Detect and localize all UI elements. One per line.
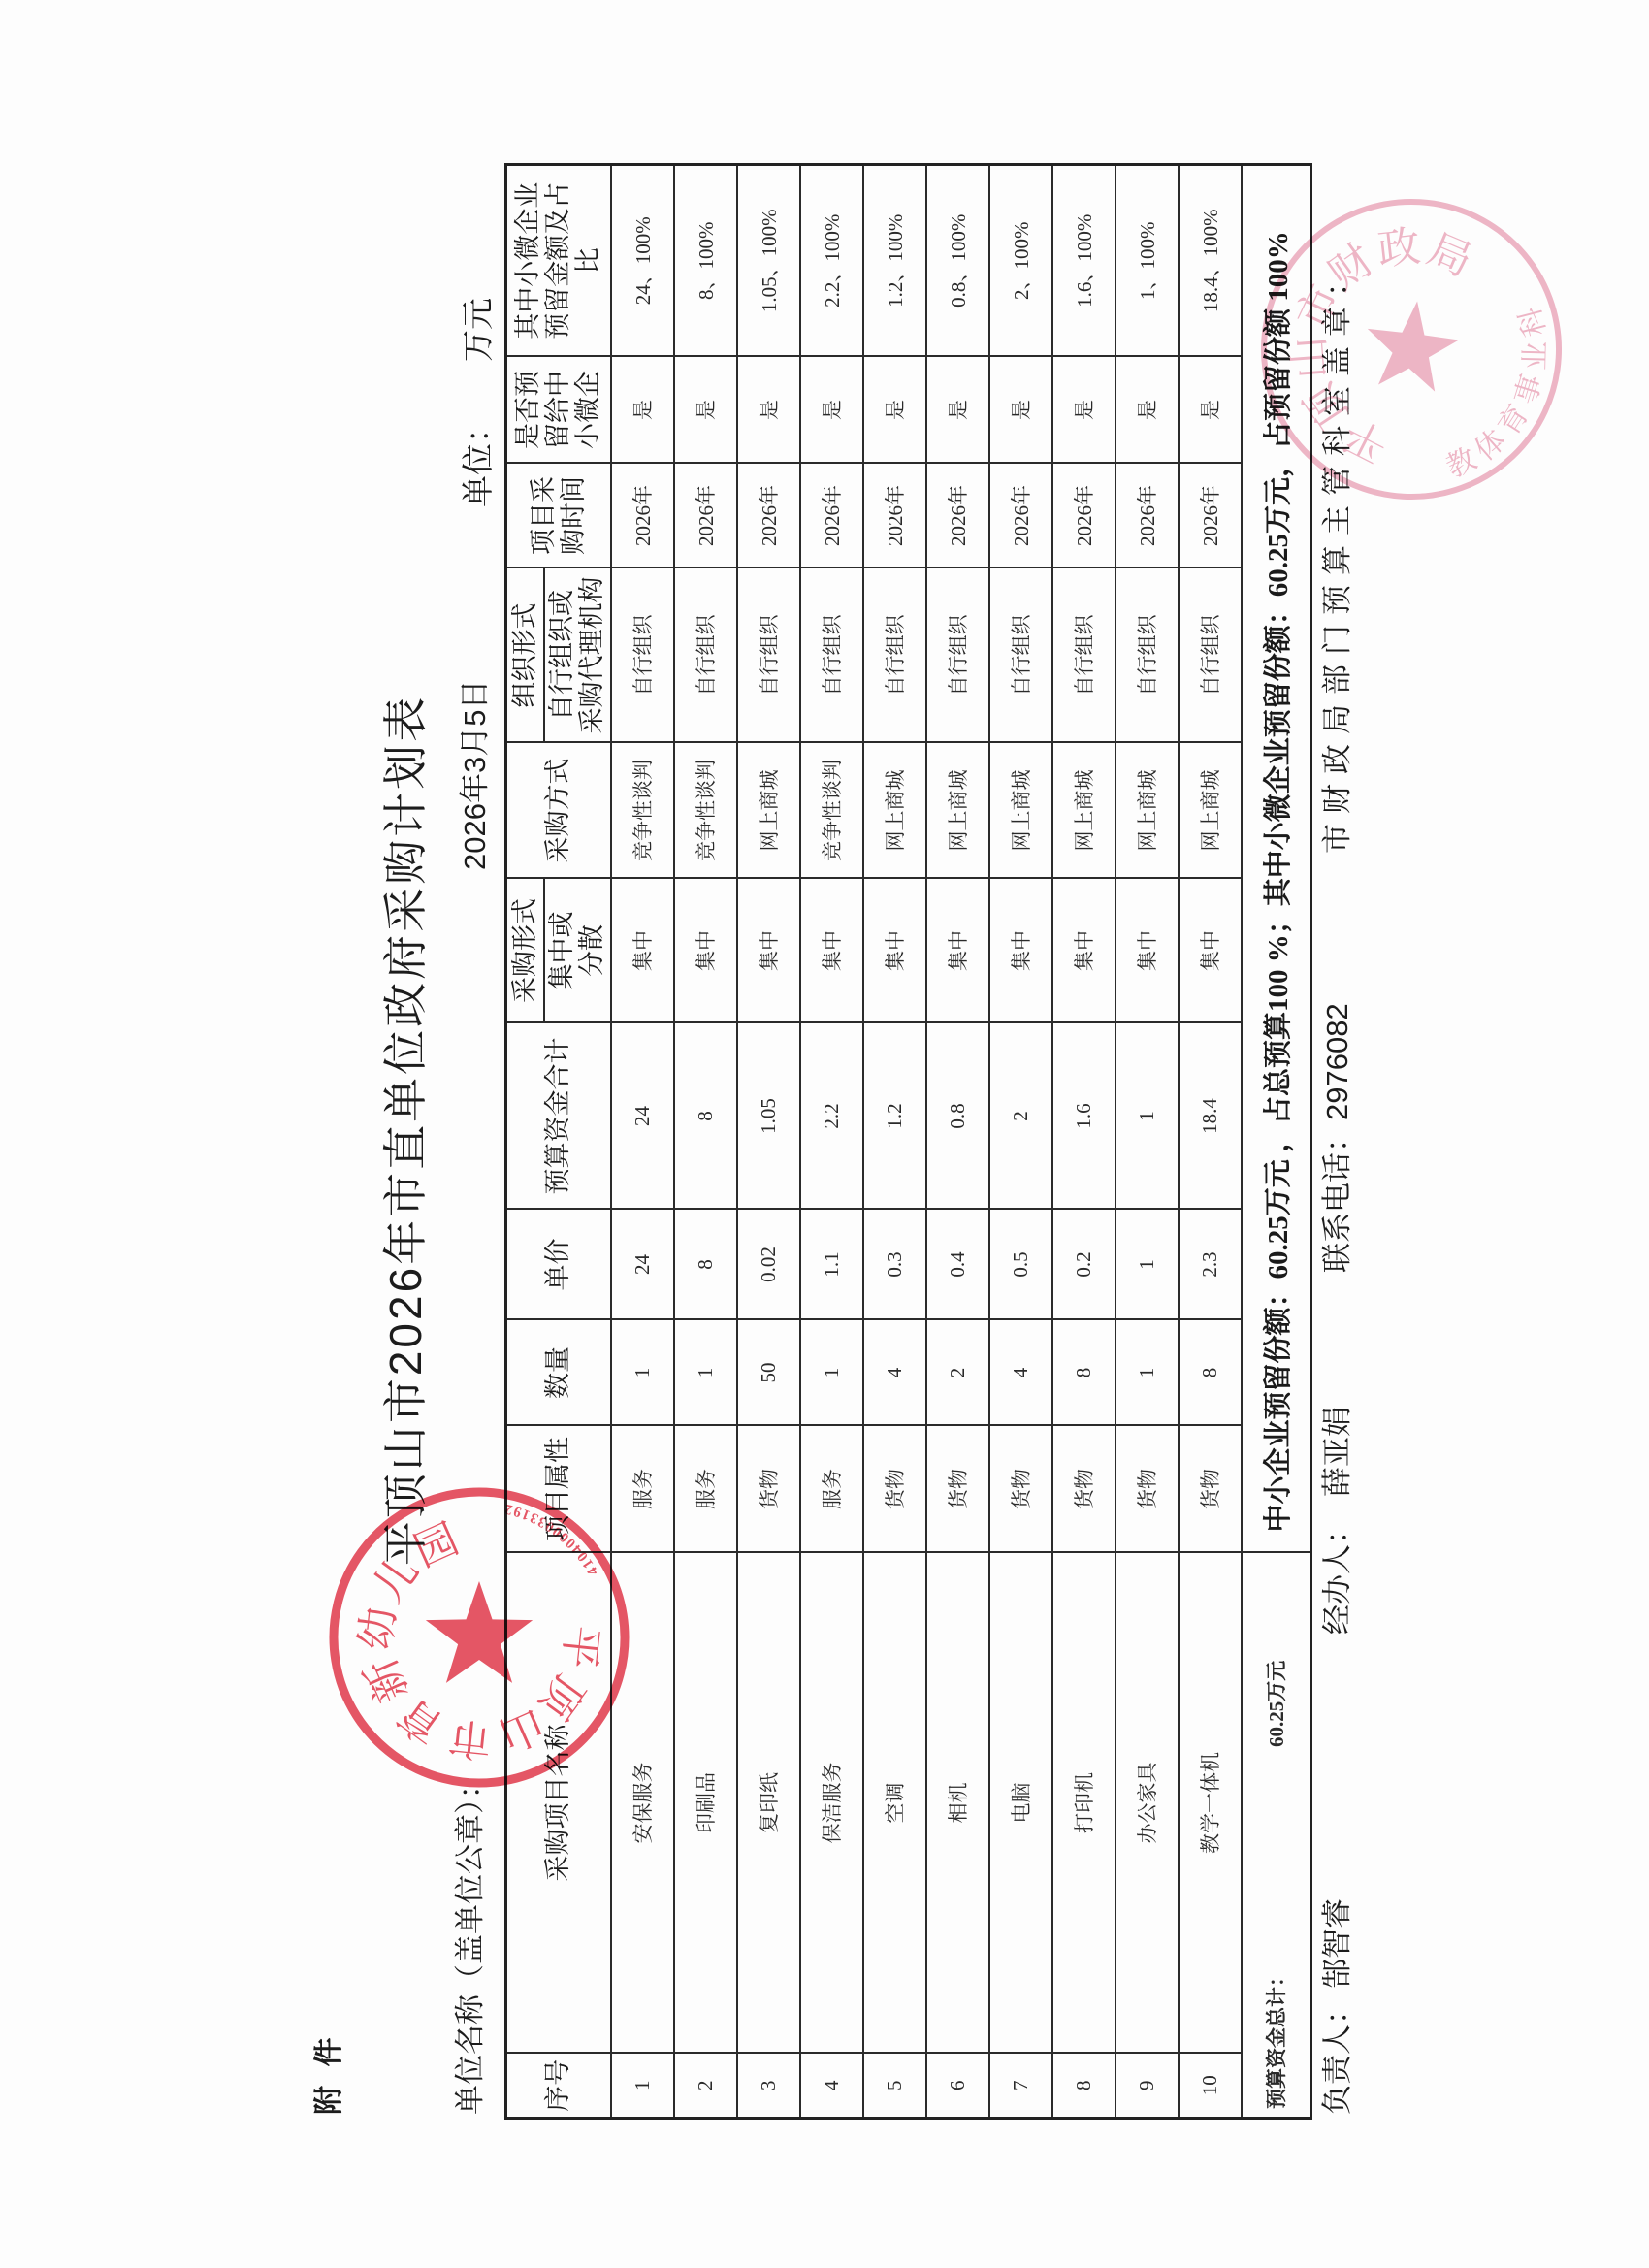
cell-price: 0.5 — [989, 1210, 1052, 1320]
cell-sme: 0.8、100% — [926, 165, 989, 357]
cell-seq: 3 — [737, 2054, 800, 2119]
contact-phone-value: 2976082 — [1322, 1003, 1352, 1120]
cell-attr: 货物 — [989, 1426, 1052, 1553]
cell-budget: 18.4 — [1179, 1023, 1242, 1210]
cell-attr: 货物 — [1115, 1426, 1179, 1553]
cell-name: 印刷品 — [674, 1553, 737, 2054]
cell-qty: 1 — [800, 1320, 863, 1426]
cell-reserve: 是 — [800, 357, 863, 464]
header-seq: 序号 — [506, 2054, 611, 2119]
finance-bureau-seal: 平顶山市财政局 教体育事业科 — [1246, 184, 1576, 514]
cell-time: 2026年 — [674, 464, 737, 568]
table-row: 2印刷品服务188集中竞争性谈判自行组织2026年是8、100% — [674, 165, 737, 2119]
cell-seq: 6 — [926, 2054, 989, 2119]
cell-form: 集中 — [1115, 879, 1179, 1023]
cell-qty: 1 — [611, 1320, 674, 1426]
cell-form: 集中 — [737, 879, 800, 1023]
cell-qty: 8 — [1179, 1320, 1242, 1426]
cell-reserve: 是 — [674, 357, 737, 464]
cell-qty: 4 — [989, 1320, 1052, 1426]
cell-org: 自行组织 — [800, 568, 863, 743]
budget-total-label: 预算资金总计： — [1261, 1966, 1290, 2109]
cell-budget: 1.6 — [1052, 1023, 1115, 1210]
table-row: 10教学一体机货物82.318.4集中网上商城自行组织2026年是18.4、10… — [1179, 165, 1242, 2119]
school-official-seal: 平顶山市育新幼儿园 4104000033192 — [314, 1473, 644, 1802]
cell-time: 2026年 — [737, 464, 800, 568]
handler-name: 薛亚娟 — [1322, 1407, 1352, 1497]
cell-attr: 货物 — [737, 1426, 800, 1553]
cell-name: 打印机 — [1052, 1553, 1115, 2054]
cell-qty: 50 — [737, 1320, 800, 1426]
responsible-person-label: 负责人： — [1322, 1994, 1352, 2115]
cell-reserve: 是 — [1115, 357, 1179, 464]
cell-budget: 0.8 — [926, 1023, 989, 1210]
table-row: 6相机货物20.40.8集中网上商城自行组织2026年是0.8、100% — [926, 165, 989, 2119]
table-row: 7电脑货物40.52集中网上商城自行组织2026年是2、100% — [989, 165, 1052, 2119]
cell-qty: 8 — [1052, 1320, 1115, 1426]
cell-form: 集中 — [800, 879, 863, 1023]
cell-sme: 2.2、100% — [800, 165, 863, 357]
cell-reserve: 是 — [737, 357, 800, 464]
cell-time: 2026年 — [611, 464, 674, 568]
cell-form: 集中 — [611, 879, 674, 1023]
budget-total-value: 60.25万元 — [1261, 1661, 1290, 1747]
cell-price: 0.4 — [926, 1210, 989, 1320]
cell-seq: 10 — [1179, 2054, 1242, 2119]
cell-budget: 1 — [1115, 1023, 1179, 1210]
cell-name: 相机 — [926, 1553, 989, 2054]
cell-org: 自行组织 — [1115, 568, 1179, 743]
cell-method: 网上商城 — [1179, 743, 1242, 879]
seal-code-text: 4104000033192 — [497, 1489, 609, 1581]
cell-form: 集中 — [674, 879, 737, 1023]
cell-sme: 24、100% — [611, 165, 674, 357]
header-centralized-or-dispersed: 集中或 分散 — [544, 879, 611, 1023]
cell-price: 1.1 — [800, 1210, 863, 1320]
table-body: 1安保服务服务12424集中竞争性谈判自行组织2026年是24、100%2印刷品… — [611, 165, 1242, 2119]
cell-method: 网上商城 — [863, 743, 926, 879]
cell-org: 自行组织 — [863, 568, 926, 743]
cell-attr: 货物 — [1179, 1426, 1242, 1553]
cell-seq: 2 — [674, 2054, 737, 2119]
star-icon — [1348, 287, 1467, 407]
cell-seq: 7 — [989, 2054, 1052, 2119]
cell-name: 电脑 — [989, 1553, 1052, 2054]
header-budget-total: 预算资金合计 — [506, 1023, 611, 1210]
cell-org: 自行组织 — [989, 568, 1052, 743]
cell-method: 网上商城 — [926, 743, 989, 879]
header-quantity: 数量 — [506, 1320, 611, 1426]
responsible-person-name: 郜智睿 — [1322, 1898, 1352, 1989]
cell-price: 24 — [611, 1210, 674, 1320]
seal-name-text: 平顶山市财政局 — [1245, 182, 1482, 471]
cell-reserve: 是 — [989, 357, 1052, 464]
procurement-plan-table: 序号 采购项目名称 项目属性 数量 单价 预算资金合计 采购形式 采购方式 组织… — [504, 163, 1312, 2120]
cell-method: 竞争性谈判 — [611, 743, 674, 879]
seal-body: 平顶山市财政局 教体育事业科 — [1215, 153, 1607, 545]
cell-sme: 2、100% — [989, 165, 1052, 357]
cell-name: 保洁服务 — [800, 1553, 863, 2054]
cell-sme: 1.6、100% — [1052, 165, 1115, 357]
header-organization-form: 组织形式 — [506, 568, 544, 743]
cell-budget: 24 — [611, 1023, 674, 1210]
attachment-label: 附 件 — [315, 2032, 344, 2116]
header-sme-reserved: 是否预 留给中 小微企 — [506, 357, 611, 464]
cell-name: 教学一体机 — [1179, 1553, 1242, 2054]
header-procurement-form: 采购形式 — [506, 879, 544, 1023]
cell-qty: 4 — [863, 1320, 926, 1426]
cell-method: 网上商城 — [1115, 743, 1179, 879]
header-procurement-time: 项目采 购时间 — [506, 464, 611, 568]
currency-unit-value: 万元 — [464, 298, 496, 362]
cell-time: 2026年 — [1179, 464, 1242, 568]
contact-phone-label: 联系电话： — [1322, 1122, 1352, 1273]
cell-seq: 1 — [611, 2054, 674, 2119]
cell-time: 2026年 — [989, 464, 1052, 568]
cell-qty: 2 — [926, 1320, 989, 1426]
cell-reserve: 是 — [611, 357, 674, 464]
header-unit-price: 单价 — [506, 1210, 611, 1320]
cell-org: 自行组织 — [926, 568, 989, 743]
cell-org: 自行组织 — [611, 568, 674, 743]
cell-time: 2026年 — [1052, 464, 1115, 568]
cell-time: 2026年 — [1115, 464, 1179, 568]
table-row: 5空调货物40.31.2集中网上商城自行组织2026年是1.2、100% — [863, 165, 926, 2119]
currency-unit-label: 单位： — [464, 411, 496, 507]
cell-method: 竞争性谈判 — [800, 743, 863, 879]
cell-budget: 8 — [674, 1023, 737, 1210]
cell-price: 8 — [674, 1210, 737, 1320]
cell-name: 办公家具 — [1115, 1553, 1179, 2054]
table-header-row: 序号 采购项目名称 项目属性 数量 单价 预算资金合计 采购形式 采购方式 组织… — [506, 165, 544, 2119]
cell-seq: 8 — [1052, 2054, 1115, 2119]
cell-attr: 货物 — [1052, 1426, 1115, 1553]
handler-label: 经办人： — [1322, 1514, 1352, 1635]
cell-qty: 1 — [1115, 1320, 1179, 1426]
cell-seq: 5 — [863, 2054, 926, 2119]
star-icon — [403, 1570, 549, 1715]
header-procurement-method: 采购方式 — [506, 743, 611, 879]
cell-price: 1 — [1115, 1210, 1179, 1320]
cell-org: 自行组织 — [737, 568, 800, 743]
budget-total-cell: 预算资金总计： 60.25万元 — [1242, 1553, 1311, 2119]
table-row: 8打印机货物80.21.6集中网上商城自行组织2026年是1.6、100% — [1052, 165, 1115, 2119]
cell-form: 集中 — [863, 879, 926, 1023]
seal-body: 平顶山市育新幼儿园 4104000033192 — [275, 1434, 682, 1840]
cell-method: 网上商城 — [737, 743, 800, 879]
page-title: 平顶山市2026年市直单位政府采购计划表 — [383, 671, 428, 1589]
cell-sme: 1.05、100% — [737, 165, 800, 357]
cell-sme: 8、100% — [674, 165, 737, 357]
cell-budget: 1.2 — [863, 1023, 926, 1210]
document-date: 2026年3月5日 — [460, 680, 490, 870]
cell-sme: 18.4、100% — [1179, 165, 1242, 357]
cell-budget: 1.05 — [737, 1023, 800, 1210]
cell-attr: 货物 — [926, 1426, 989, 1553]
cell-qty: 1 — [674, 1320, 737, 1426]
cell-sme: 1、100% — [1115, 165, 1179, 357]
cell-seq: 4 — [800, 2054, 863, 2119]
cell-org: 自行组织 — [1179, 568, 1242, 743]
cell-method: 网上商城 — [1052, 743, 1115, 879]
unit-name-label: 单位名称（盖单位公章）： — [455, 1769, 485, 2116]
cell-form: 集中 — [926, 879, 989, 1023]
cell-price: 0.02 — [737, 1210, 800, 1320]
cell-time: 2026年 — [800, 464, 863, 568]
cell-attr: 服务 — [800, 1426, 863, 1553]
table-row: 9办公家具货物111集中网上商城自行组织2026年是1、100% — [1115, 165, 1179, 2119]
cell-time: 2026年 — [863, 464, 926, 568]
cell-price: 0.2 — [1052, 1210, 1115, 1320]
cell-reserve: 是 — [863, 357, 926, 464]
cell-org: 自行组织 — [674, 568, 737, 743]
cell-seq: 9 — [1115, 2054, 1179, 2119]
cell-time: 2026年 — [926, 464, 989, 568]
cell-price: 0.3 — [863, 1210, 926, 1320]
cell-budget: 2 — [989, 1023, 1052, 1210]
cell-org: 自行组织 — [1052, 568, 1115, 743]
table-row: 4保洁服务服务11.12.2集中竞争性谈判自行组织2026年是2.2、100% — [800, 165, 863, 2119]
cell-reserve: 是 — [1179, 357, 1242, 464]
cell-reserve: 是 — [926, 357, 989, 464]
cell-method: 竞争性谈判 — [674, 743, 737, 879]
cell-method: 网上商城 — [989, 743, 1052, 879]
cell-attr: 服务 — [674, 1426, 737, 1553]
cell-form: 集中 — [989, 879, 1052, 1023]
cell-budget: 2.2 — [800, 1023, 863, 1210]
cell-reserve: 是 — [1052, 357, 1115, 464]
table-row: 3复印纸货物500.021.05集中网上商城自行组织2026年是1.05、100… — [737, 165, 800, 2119]
cell-name: 空调 — [863, 1553, 926, 2054]
cell-attr: 货物 — [863, 1426, 926, 1553]
cell-form: 集中 — [1052, 879, 1115, 1023]
seal-department-text: 教体育事业科 — [1433, 286, 1583, 503]
header-sme-amount-ratio: 其中小微企业 预留金额及占 比 — [506, 165, 611, 357]
cell-sme: 1.2、100% — [863, 165, 926, 357]
cell-price: 2.3 — [1179, 1210, 1242, 1320]
cell-name: 复印纸 — [737, 1553, 800, 2054]
cell-form: 集中 — [1179, 879, 1242, 1023]
header-self-or-agency: 自行组织或 采购代理机构 — [544, 568, 611, 743]
table-row: 1安保服务服务12424集中竞争性谈判自行组织2026年是24、100% — [611, 165, 674, 2119]
